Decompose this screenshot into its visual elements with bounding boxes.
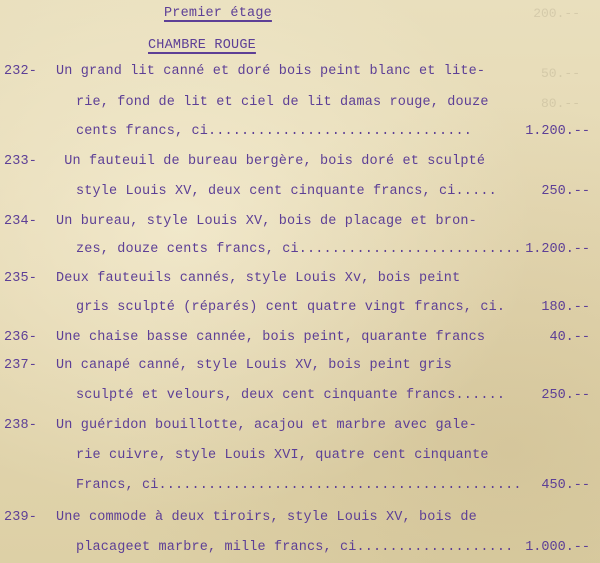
item-price: 250.-- xyxy=(541,388,590,403)
item-price: 1.200.-- xyxy=(525,124,590,139)
item-description-line: rie, fond de lit et ciel de lit damas ro… xyxy=(76,95,489,110)
item-description-line: Une commode à deux tiroirs, style Louis … xyxy=(56,510,477,525)
item-description-line: Un guéridon bouillotte, acajou et marbre… xyxy=(56,418,477,433)
item-description-line: Un fauteuil de bureau bergère, bois doré… xyxy=(56,154,485,169)
item-number: 236- xyxy=(4,330,37,345)
item-number: 235- xyxy=(4,271,37,286)
item-description-line: zes, douze cents francs, ci.............… xyxy=(76,242,522,257)
item-price: 250.-- xyxy=(541,184,590,199)
item-price: 1.000.-- xyxy=(525,540,590,555)
item-number: 239- xyxy=(4,510,37,525)
item-number: 237- xyxy=(4,358,37,373)
room-heading: CHAMBRE ROUGE xyxy=(148,38,256,53)
item-number: 234- xyxy=(4,214,37,229)
item-description-line: cents francs, ci........................… xyxy=(76,124,472,139)
item-price: 450.-- xyxy=(541,478,590,493)
item-price: 1.200.-- xyxy=(525,242,590,257)
bleed-through-text: 200.-- xyxy=(533,6,580,21)
item-number: 238- xyxy=(4,418,37,433)
bleed-through-text: 50.-- xyxy=(541,66,580,81)
item-description-line: placageet marbre, mille francs, ci......… xyxy=(76,540,513,555)
item-number: 233- xyxy=(4,154,37,169)
item-price: 40.-- xyxy=(549,330,590,345)
item-description-line: Un canapé canné, style Louis XV, bois pe… xyxy=(56,358,452,373)
floor-heading: Premier étage xyxy=(164,6,272,21)
item-description-line: sculpté et velours, deux cent cinquante … xyxy=(76,388,505,403)
item-price: 180.-- xyxy=(541,300,590,315)
item-number: 232- xyxy=(4,64,37,79)
item-description-line: rie cuivre, style Louis XVI, quatre cent… xyxy=(76,448,489,463)
item-description-line: gris sculpté (réparés) cent quatre vingt… xyxy=(76,300,505,315)
item-description-line: Une chaise basse cannée, bois peint, qua… xyxy=(56,330,485,345)
item-description-line: Un grand lit canné et doré bois peint bl… xyxy=(56,64,485,79)
item-description-line: Un bureau, style Louis XV, bois de placa… xyxy=(56,214,477,229)
item-description-line: Francs, ci..............................… xyxy=(76,478,522,493)
item-description-line: Deux fauteuils cannés, style Louis Xv, b… xyxy=(56,271,460,286)
item-description-line: style Louis XV, deux cent cinquante fran… xyxy=(76,184,497,199)
bleed-through-text: 80.-- xyxy=(541,96,580,111)
